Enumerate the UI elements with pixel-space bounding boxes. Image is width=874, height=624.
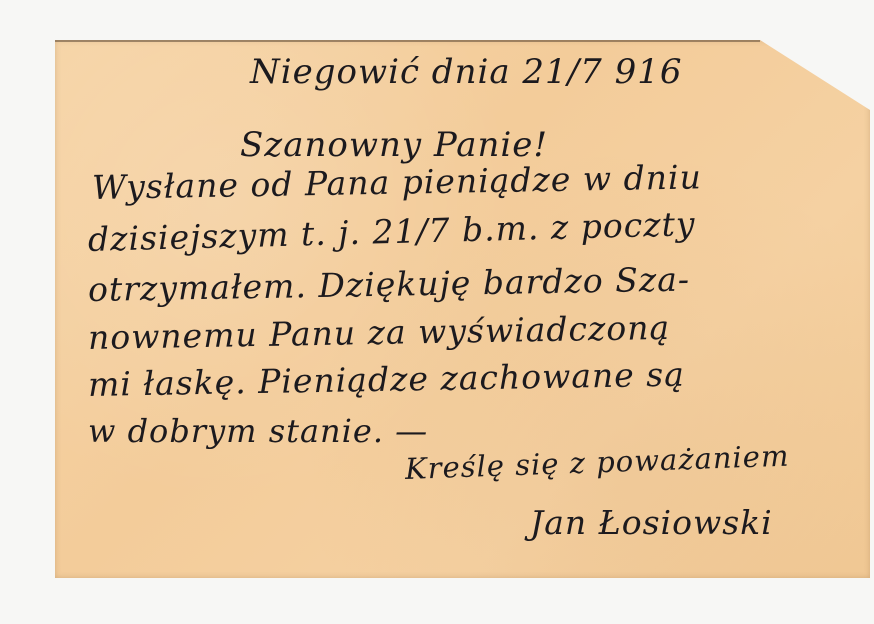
salutation: Szanowny Panie! [240,125,548,165]
date-line: Niegowić dnia 21/7 916 [250,52,682,92]
postcard [55,40,870,578]
signature: Jan Łosiowski [530,503,773,542]
card-edge [55,40,760,42]
body-line: w dobrym stanie. — [88,412,428,450]
